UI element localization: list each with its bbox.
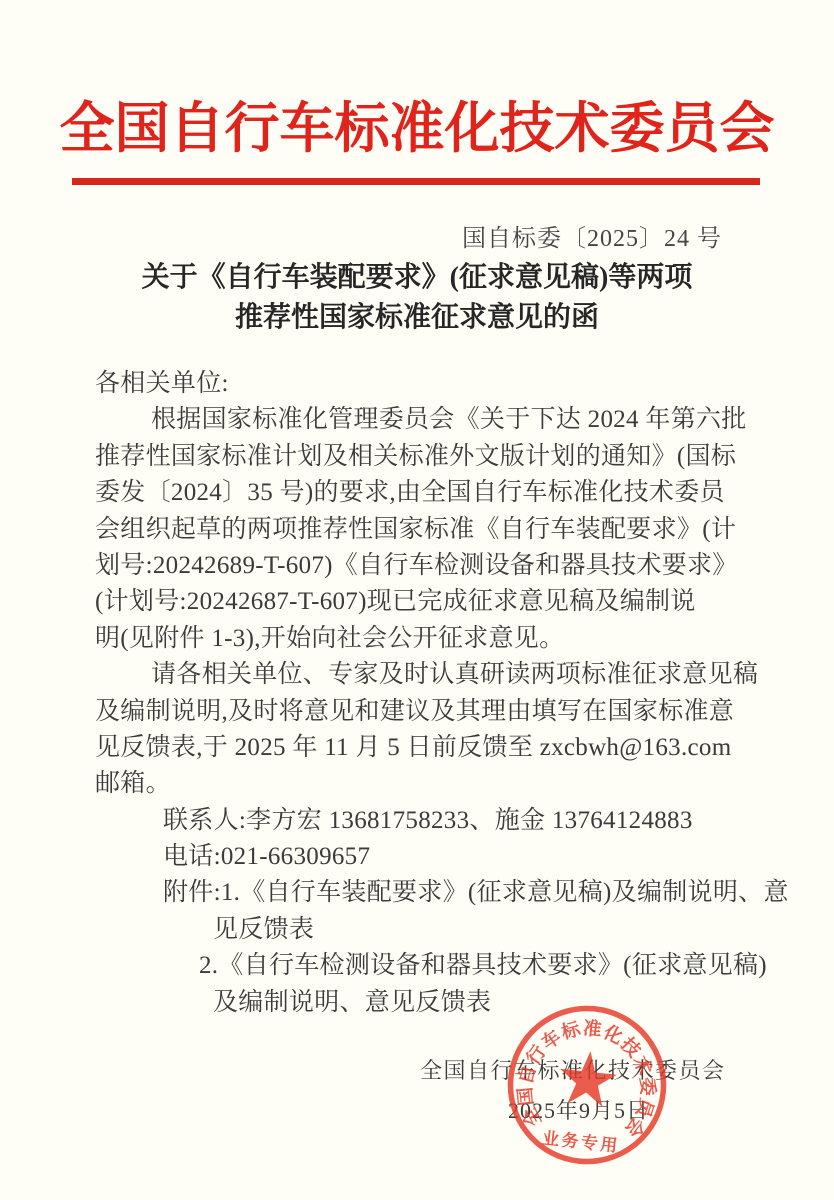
body-line: 邮箱。	[95, 766, 775, 802]
attachment-line-1b: 见反馈表	[95, 912, 775, 948]
document-title-line1: 关于《自行车装配要求》(征求意见稿)等两项	[0, 258, 834, 298]
attachment-line-2b: 及编制说明、意见反馈表	[95, 985, 775, 1021]
phone-line: 电话:021-66309657	[95, 839, 775, 875]
body-line: 推荐性国家标准计划及相关标准外文版计划的通知》(国标	[95, 439, 775, 475]
body-line: 划号:20242689-T-607)《自行车检测设备和器具技术要求》	[95, 548, 775, 584]
letter-body: 各相关单位: 根据国家标准化管理委员会《关于下达 2024 年第六批 推荐性国家…	[95, 366, 775, 1021]
attachment-line-1: 附件:1.《自行车装配要求》(征求意见稿)及编制说明、意	[95, 875, 775, 911]
body-line: 明(见附件 1-3),开始向社会公开征求意见。	[95, 621, 775, 657]
body-line: 根据国家标准化管理委员会《关于下达 2024 年第六批	[95, 402, 775, 438]
salutation-line: 各相关单位:	[95, 366, 775, 402]
body-line: 会组织起草的两项推荐性国家标准《自行车装配要求》(计	[95, 512, 775, 548]
body-line: 见反馈表,于 2025 年 11 月 5 日前反馈至 zxcbwh@163.co…	[95, 730, 775, 766]
document-title-line2: 推荐性国家标准征求意见的函	[0, 298, 834, 338]
body-line: (计划号:20242687-T-607)现已完成征求意见稿及编制说	[95, 584, 775, 620]
official-seal-stamp: 全国自行车标准化技术委员会 业务专用	[503, 1001, 671, 1169]
letterhead-rule	[72, 178, 760, 185]
body-line: 请各相关单位、专家及时认真研读两项标准征求意见稿	[95, 657, 775, 693]
document-title: 关于《自行车装配要求》(征求意见稿)等两项 推荐性国家标准征求意见的函	[0, 258, 834, 338]
body-line: 及编制说明,及时将意见和建议及其理由填写在国家标准意	[95, 694, 775, 730]
body-line: 委发〔2024〕35 号)的要求,由全国自行车标准化技术委员	[95, 475, 775, 511]
contact-line: 联系人:李方宏 13681758233、施金 13764124883	[95, 803, 775, 839]
attachment-line-2: 2.《自行车检测设备和器具技术要求》(征求意见稿)	[95, 948, 775, 984]
letterhead-org-title: 全国自行车标准化技术委员会	[0, 84, 834, 163]
document-number: 国自标委〔2025〕24 号	[462, 218, 722, 253]
seal-star-icon	[557, 1048, 619, 1108]
